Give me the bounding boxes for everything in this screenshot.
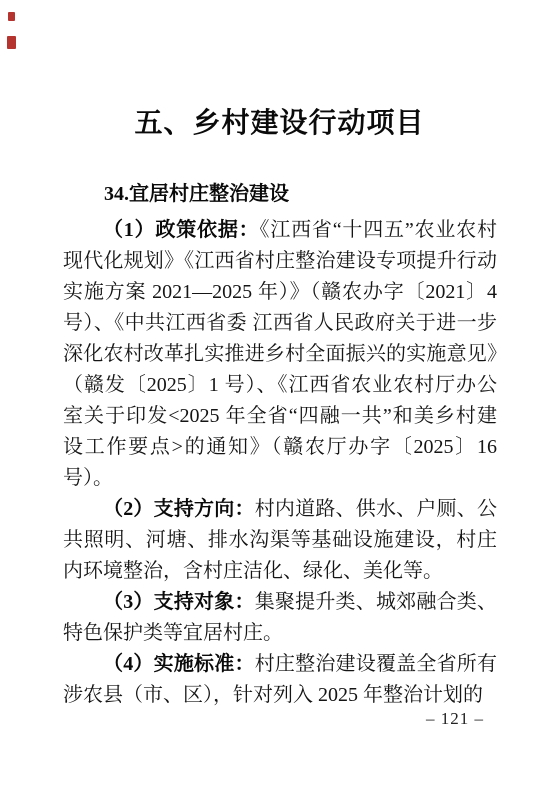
paragraph-support-direction: （2）支持方向：村内道路、供水、户厕、公共照明、河塘、排水沟渠等基础设施建设，村…	[63, 494, 497, 587]
section-heading: 34.宜居村庄整治建设	[104, 179, 497, 210]
paragraph-implementation-standard: （4）实施标准：村庄整治建设覆盖全省所有涉农县（市、区），针对列入 2025 年…	[63, 649, 497, 711]
paragraph-label: （2）支持方向：	[103, 498, 255, 520]
paragraph-label: （3）支持对象：	[103, 591, 255, 613]
paragraph-label: （4）实施标准：	[103, 653, 255, 675]
red-artifact-mark	[8, 12, 15, 21]
document-page: 五、乡村建设行动项目 34.宜居村庄整治建设 （1）政策依据：《江西省“十四五”…	[0, 0, 559, 793]
red-artifact-mark	[7, 36, 16, 49]
page-number: – 121 –	[420, 709, 490, 729]
paragraph-policy-basis: （1）政策依据：《江西省“十四五”农业农村现代化规划》《江西省村庄整治建设专项提…	[63, 215, 497, 494]
page-title: 五、乡村建设行动项目	[0, 0, 559, 143]
paragraph-text: 《江西省“十四五”农业农村现代化规划》《江西省村庄整治建设专项提升行动实施方案 …	[63, 219, 497, 489]
paragraph-support-target: （3）支持对象：集聚提升类、城郊融合类、特色保护类等宜居村庄。	[63, 587, 497, 649]
paragraph-label: （1）政策依据：	[103, 219, 260, 241]
document-body: （1）政策依据：《江西省“十四五”农业农村现代化规划》《江西省村庄整治建设专项提…	[63, 215, 497, 711]
